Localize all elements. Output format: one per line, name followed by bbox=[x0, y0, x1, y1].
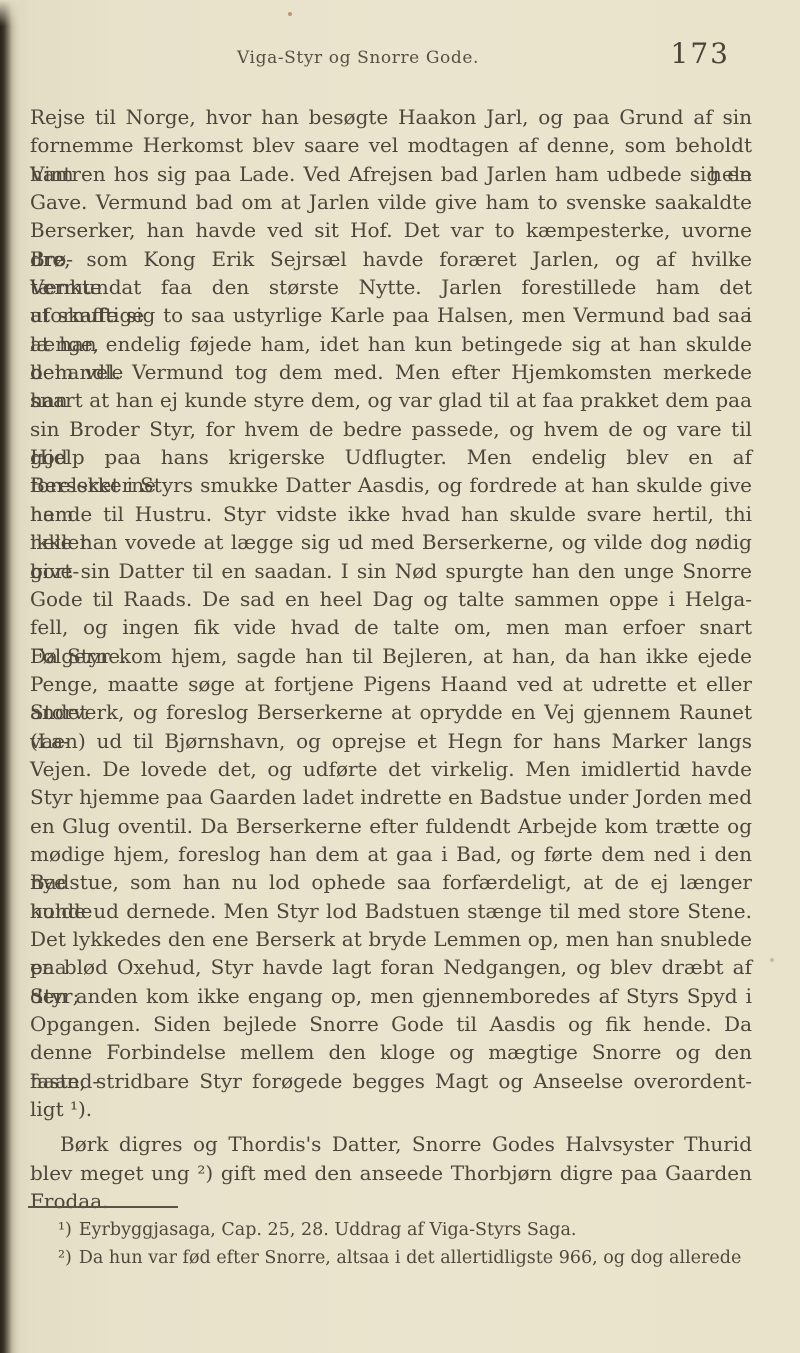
text-line: Opgangen. Siden bejlede Snorre Gode til … bbox=[30, 1010, 752, 1038]
text-line: Berserker, han havde ved sit Hof. Det va… bbox=[30, 216, 752, 244]
text-line: sin Broder Styr, for hvem de bedre passe… bbox=[30, 415, 752, 443]
text-line: mødige hjem, foreslog han dem at gaa i B… bbox=[30, 840, 752, 868]
text-line: dem vel. Vermund tog dem med. Men efter … bbox=[30, 358, 752, 386]
text-line: Hjelp paa hans krigerske Udflugter. Men … bbox=[30, 443, 752, 471]
text-line: at skaffe sig to saa ustyrlige Karle paa… bbox=[30, 301, 752, 329]
text-line: en blød Oxehud, Styr havde lagt foran Ne… bbox=[30, 953, 752, 981]
text-line: holde ud dernede. Men Styr lod Badstuen … bbox=[30, 897, 752, 925]
text-line: forelsket i Styrs smukke Datter Aasdis, … bbox=[30, 471, 752, 499]
text-line: Storverk, og foreslog Berserkerne at opr… bbox=[30, 698, 752, 726]
footnote-marker: ¹) bbox=[58, 1220, 72, 1240]
footnote-text: Da hun var fød efter Snorre, altsaa i de… bbox=[79, 1248, 741, 1268]
text-line: Styr hjemme paa Gaarden ladet indrette e… bbox=[30, 783, 752, 811]
text-line: blev meget ung ²) gift med den anseede T… bbox=[30, 1159, 752, 1187]
paper-speckle bbox=[770, 958, 774, 962]
text-line: give sin Datter til en saadan. I sin Nød… bbox=[30, 557, 752, 585]
text-line: ikke han vovede at lægge sig ud med Bers… bbox=[30, 528, 752, 556]
text-line: tænkte at faa den største Nytte. Jarlen … bbox=[30, 273, 752, 301]
text-line: Gode til Raads. De sad en heel Dag og ta… bbox=[30, 585, 752, 613]
text-line: hende til Hustru. Styr vidste ikke hvad … bbox=[30, 500, 752, 528]
book-binding-edge bbox=[0, 0, 20, 1353]
text-line: fell, og ingen fik vide hvad de talte om… bbox=[30, 613, 752, 641]
text-line: Rejse til Norge, hvor han besøgte Haakon… bbox=[30, 103, 752, 131]
footnote-item: ¹)Eyrbyggjasaga, Cap. 25, 28. Uddrag af … bbox=[30, 1216, 752, 1244]
running-header-title: Viga-Styr og Snorre Gode. bbox=[0, 48, 716, 68]
footnote-text: Eyrbyggjasaga, Cap. 25, 28. Uddrag af Vi… bbox=[79, 1220, 577, 1240]
body-text: Rejse til Norge, hvor han besøgte Haakon… bbox=[30, 103, 752, 1187]
text-line: en Glug oventil. Da Berserkerne efter fu… bbox=[30, 812, 752, 840]
footnote-marker: ²) bbox=[58, 1248, 72, 1268]
page-number: 173 bbox=[671, 37, 730, 70]
text-line: Børk digres og Thordis's Datter, Snorre … bbox=[30, 1130, 752, 1158]
text-line: Da Styr kom hjem, sagde han til Bejleren… bbox=[30, 642, 752, 670]
footnotes: ¹)Eyrbyggjasaga, Cap. 25, 28. Uddrag af … bbox=[30, 1216, 752, 1272]
text-line: at han endelig føjede ham, idet han kun … bbox=[30, 330, 752, 358]
text-line: Det lykkedes den ene Berserk at bryde Le… bbox=[30, 925, 752, 953]
text-line: snart at han ej kunde styre dem, og var … bbox=[30, 386, 752, 414]
book-page: Viga-Styr og Snorre Gode. 173 Rejse til … bbox=[0, 0, 800, 1353]
text-line: Penge, maatte søge at fortjene Pigens Ha… bbox=[30, 670, 752, 698]
text-line: Badstue, som han nu lod ophede saa forfæ… bbox=[30, 868, 752, 896]
text-line: den anden kom ikke engang op, men gjenne… bbox=[30, 982, 752, 1010]
text-line: ligt ¹). bbox=[30, 1095, 752, 1123]
binding-top-fade bbox=[0, 0, 20, 26]
text-line: faste, stridbare Styr forøgede begges Ma… bbox=[30, 1067, 752, 1095]
text-line: fornemme Herkomst blev saare vel modtage… bbox=[30, 131, 752, 159]
text-line: vaen) ud til Bjørnshavn, og oprejse et H… bbox=[30, 727, 752, 755]
text-line: dre, som Kong Erik Sejrsæl havde foræret… bbox=[30, 245, 752, 273]
footnote-rule bbox=[28, 1206, 178, 1208]
text-line: Vintren hos sig paa Lade. Ved Afrejsen b… bbox=[30, 160, 752, 188]
text-line: denne Forbindelse mellem den kloge og mæ… bbox=[30, 1038, 752, 1066]
text-line: Vejen. De lovede det, og udførte det vir… bbox=[30, 755, 752, 783]
paper-speckle bbox=[288, 12, 292, 16]
footnote-item: ²)Da hun var fød efter Snorre, altsaa i … bbox=[30, 1244, 752, 1272]
text-line: Gave. Vermund bad om at Jarlen vilde giv… bbox=[30, 188, 752, 216]
